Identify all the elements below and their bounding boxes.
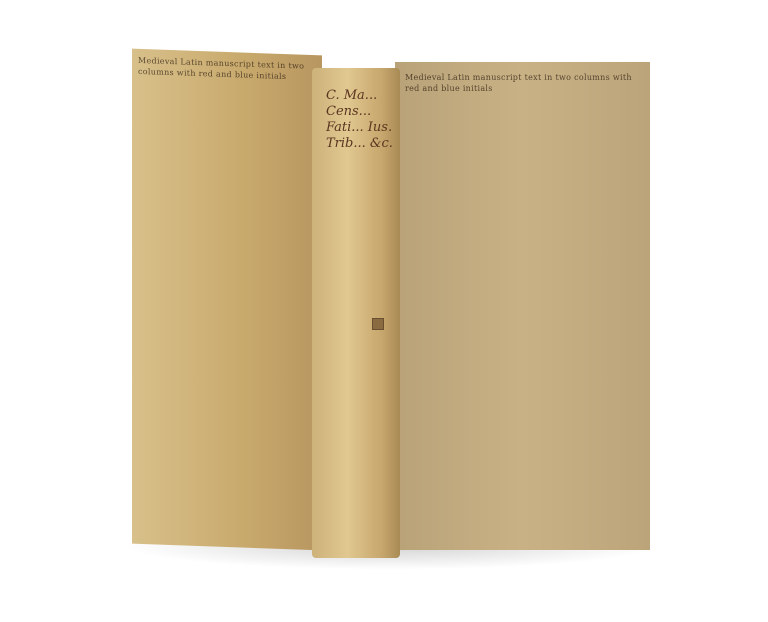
left-cover-manuscript-text: Medieval Latin manuscript text in two co… — [138, 55, 313, 441]
book-spine: C. Ma... Cens... Fati... Ius. Trib... &c… — [312, 68, 400, 558]
book-right-cover: Medieval Latin manuscript text in two co… — [395, 62, 650, 550]
right-cover-manuscript-text: Medieval Latin manuscript text in two co… — [405, 72, 640, 472]
spine-tie — [372, 318, 384, 330]
book-left-cover: Medieval Latin manuscript text in two co… — [132, 49, 322, 551]
spine-inscription: C. Ma... Cens... Fati... Ius. Trib... &c… — [326, 88, 396, 152]
